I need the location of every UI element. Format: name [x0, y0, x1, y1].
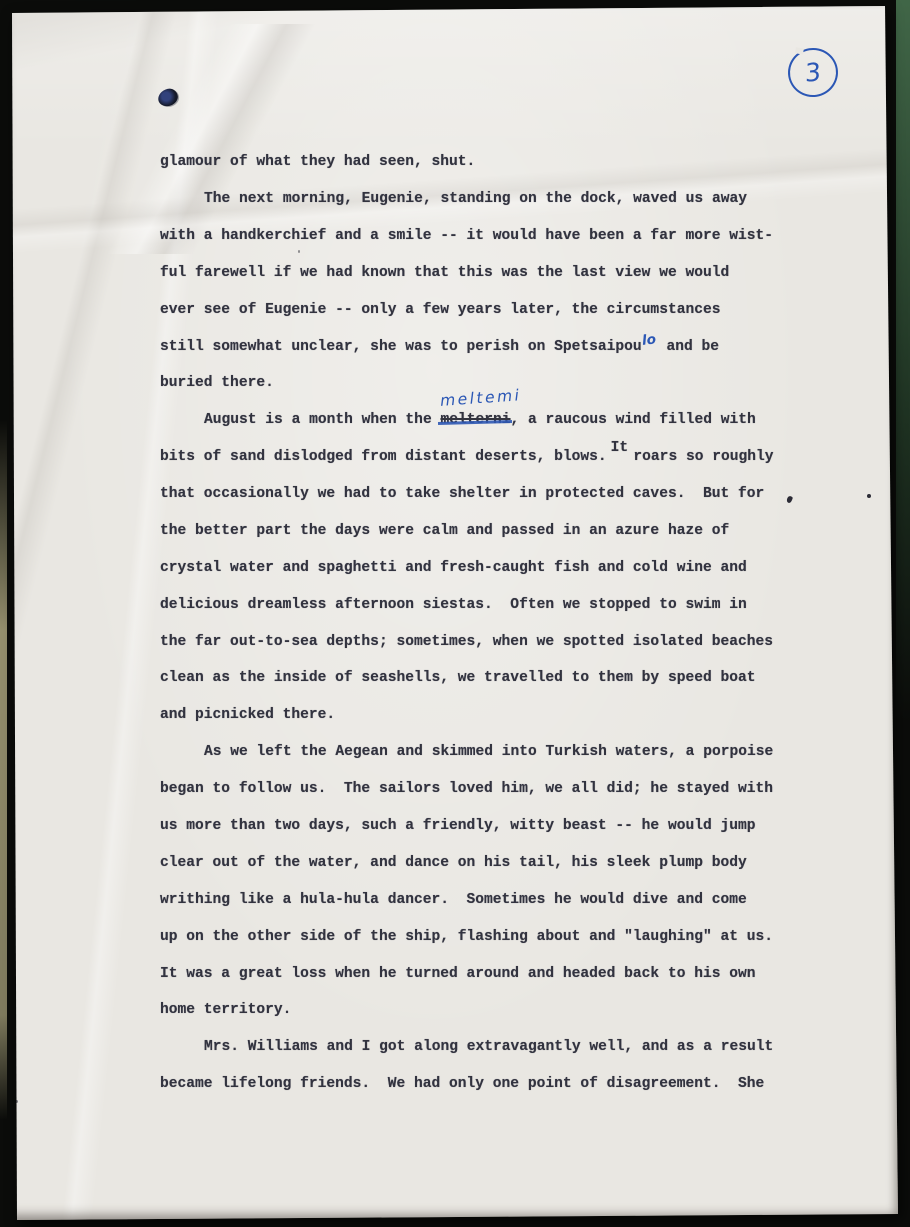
typed-text: delicious dreamless afternoon siestas. O… [160, 597, 747, 613]
typed-text: us more than two days, such a friendly, … [160, 818, 756, 834]
typed-text: still somewhat unclear, she was to peris… [160, 339, 642, 355]
typescript-line: It was a great loss when he turned aroun… [160, 966, 820, 1003]
typescript-line: The next morning, Eugenie, standing on t… [160, 191, 820, 228]
ink-speck [15, 1100, 18, 1103]
ink-speck [298, 250, 300, 253]
typescript-line: us more than two days, such a friendly, … [160, 818, 820, 855]
typescript-line: the far out-to-sea depths; sometimes, wh… [160, 634, 820, 671]
typed-text: glamour of what they had seen, shut. [160, 154, 475, 170]
typed-text: It was a great loss when he turned aroun… [160, 966, 756, 982]
typescript-line: home territory. [160, 1002, 820, 1039]
typescript-line: writhing like a hula-hula dancer. Someti… [160, 892, 820, 929]
typed-text: Mrs. Williams and I got along extravagan… [204, 1039, 773, 1055]
typed-text: August is a month when the [204, 412, 440, 428]
typed-text: and picnicked there. [160, 707, 335, 723]
typescript-line: with a handkerchief and a smile -- it wo… [160, 228, 820, 265]
typed-text: and be [658, 339, 719, 355]
typed-text: bits of sand dislodged from distant dese… [160, 449, 607, 465]
manuscript-page-wrap: 3 glamour of what they had seen, shut.Th… [0, 0, 910, 1227]
typescript-line: crystal water and spaghetti and fresh-ca… [160, 560, 820, 597]
ink-blot [156, 87, 180, 108]
typescript-line: ful farewell if we had known that this w… [160, 265, 820, 302]
typescript-line: clean as the inside of seashells, we tra… [160, 670, 820, 707]
typescript-line: became lifelong friends. We had only one… [160, 1076, 820, 1113]
typescript-line: the better part the days were calm and p… [160, 523, 820, 560]
typed-text: up on the other side of the ship, flashi… [160, 929, 773, 945]
typescript-line: still somewhat unclear, she was to peris… [160, 338, 820, 375]
typed-text: began to follow us. The sailors loved hi… [160, 781, 773, 797]
typed-text: buried there. [160, 375, 274, 391]
typescript-line: Mrs. Williams and I got along extravagan… [160, 1039, 820, 1076]
typed-text: The next morning, Eugenie, standing on t… [204, 191, 747, 207]
typescript-line: glamour of what they had seen, shut. [160, 154, 820, 191]
typescript-line: and picnicked there. [160, 707, 820, 744]
typed-text: writhing like a hula-hula dancer. Someti… [160, 892, 747, 908]
typed-text: crystal water and spaghetti and fresh-ca… [160, 560, 747, 576]
typescript-line: began to follow us. The sailors loved hi… [160, 781, 820, 818]
typescript-line: that occasionally we had to take shelter… [160, 486, 820, 523]
typed-text: roars so roughly [625, 449, 774, 465]
typed-text: , a raucous wind filled with [511, 412, 756, 428]
typed-text: with a handkerchief and a smile -- it wo… [160, 228, 773, 244]
typescript-lines: glamour of what they had seen, shut.The … [160, 154, 820, 1113]
struck-out-word: melternimeltemi [440, 412, 510, 428]
typescript-line: bits of sand dislodged from distant dese… [160, 449, 820, 486]
typed-text: ever see of Eugenie -- only a few years … [160, 302, 721, 318]
handwritten-insertion: lo [641, 332, 659, 350]
typescript-line: delicious dreamless afternoon siestas. O… [160, 597, 820, 634]
typescript-line: ever see of Eugenie -- only a few years … [160, 302, 820, 339]
typescript-line: clear out of the water, and dance on his… [160, 855, 820, 892]
typescript-line: As we left the Aegean and skimmed into T… [160, 744, 820, 781]
typed-text: clean as the inside of seashells, we tra… [160, 670, 756, 686]
typed-text: the far out-to-sea depths; sometimes, wh… [160, 634, 773, 650]
typescript-line: up on the other side of the ship, flashi… [160, 929, 820, 966]
ink-speck [867, 494, 871, 498]
page-number-text: 3 [805, 59, 821, 86]
typed-text: As we left the Aegean and skimmed into T… [204, 744, 773, 760]
typescript-line: August is a month when the melternimelte… [160, 412, 820, 449]
typed-text: ful farewell if we had known that this w… [160, 265, 729, 281]
typed-text: home territory. [160, 1002, 291, 1018]
manuscript-page: 3 glamour of what they had seen, shut.Th… [6, 4, 898, 1220]
typed-text: the better part the days were calm and p… [160, 523, 729, 539]
typed-text: that occasionally we had to take shelter… [160, 486, 764, 502]
typed-insertion-text: It [611, 440, 629, 456]
typed-text: clear out of the water, and dance on his… [160, 855, 747, 871]
circled-page-number: 3 [784, 44, 841, 100]
typed-text: became lifelong friends. We had only one… [160, 1076, 764, 1092]
